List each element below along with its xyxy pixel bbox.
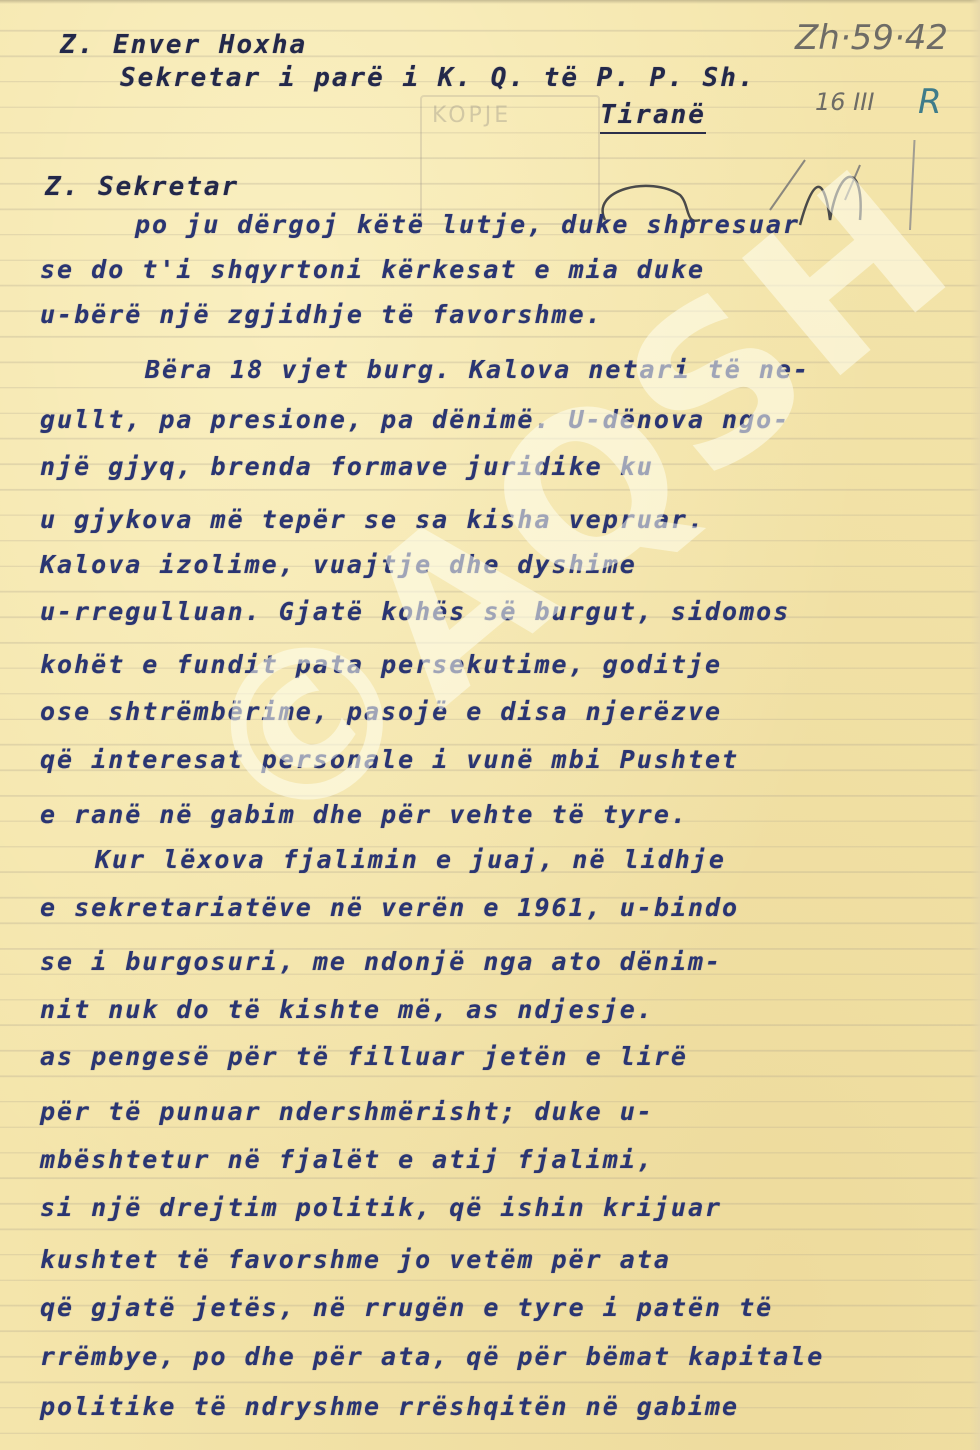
- archive-reference-number: Zh·59·42: [795, 18, 948, 58]
- body-line-16: se i burgosuri, me ndonjë nga ato dënim-: [40, 947, 722, 976]
- body-line-6: një gjyq, brenda formave juridike ku: [40, 452, 654, 481]
- body-line-9: u-rregulluan. Gjatë kohës së burgut, sid…: [40, 597, 790, 626]
- body-line-8: Kalova izolime, vuajtje dhe dyshime: [40, 550, 637, 579]
- stamp-text: KOPJE: [432, 103, 511, 128]
- body-line-10: kohët e fundit pata persekutime, goditje: [40, 650, 722, 679]
- body-line-13: e ranë në gabim dhe për vehte të tyre.: [40, 800, 688, 829]
- paper-top-edge: [0, 0, 980, 4]
- body-line-24: rrëmbye, po dhe për ata, që për bëmat ka…: [40, 1342, 824, 1371]
- archive-date-mark: 16 III: [815, 88, 874, 116]
- body-line-1: po ju dërgoj këtë lutje, duke shpresuar: [135, 210, 800, 239]
- body-line-19: për të punuar ndershmërisht; duke u-: [40, 1097, 654, 1126]
- body-line-7: u gjykova më tepër se sa kisha vepruar.: [40, 505, 705, 534]
- body-line-5: gullt, pa presione, pa dënimë. U-dënova …: [40, 405, 790, 434]
- body-line-11: ose shtrëmbërime, pasojë e disa njerëzve: [40, 697, 722, 726]
- body-line-14: Kur lëxova fjalimin e juaj, në lidhje: [95, 845, 726, 874]
- body-line-3: u-bërë një zgjidhje të favorshme.: [40, 300, 603, 329]
- body-line-25: politike të ndryshme rrëshqitën në gabim…: [40, 1392, 739, 1421]
- salutation: Z. Sekretar: [45, 172, 239, 202]
- addressee-city: Tiranë: [600, 100, 706, 134]
- body-line-17: nit nuk do të kishte më, as ndjesje.: [40, 995, 654, 1024]
- body-line-21: si një drejtim politik, që ishin krijuar: [40, 1193, 722, 1222]
- body-line-12: që interesat personale i vunë mbi Pushte…: [40, 745, 739, 774]
- archive-initial-mark: R: [918, 82, 942, 122]
- body-line-23: që gjatë jetës, në rrugën e tyre i patën…: [40, 1293, 773, 1322]
- body-line-20: mbështetur në fjalët e atij fjalimi,: [40, 1145, 654, 1174]
- body-line-18: as pengesë për të filluar jetën e lirë: [40, 1042, 688, 1071]
- body-line-22: kushtet të favorshme jo vetëm për ata: [40, 1245, 671, 1274]
- body-line-4: Bëra 18 vjet burg. Kalova netari të ne-: [145, 355, 810, 384]
- body-line-2: se do t'i shqyrtoni kërkesat e mia duke: [40, 255, 705, 284]
- body-line-15: e sekretariatëve në verën e 1961, u-bind…: [40, 893, 739, 922]
- faint-archive-stamp: KOPJE: [420, 95, 600, 225]
- addressee-name: Z. Enver Hoxha: [60, 30, 307, 60]
- addressee-title: Sekretar i parë i K. Q. të P. P. Sh.: [120, 63, 756, 93]
